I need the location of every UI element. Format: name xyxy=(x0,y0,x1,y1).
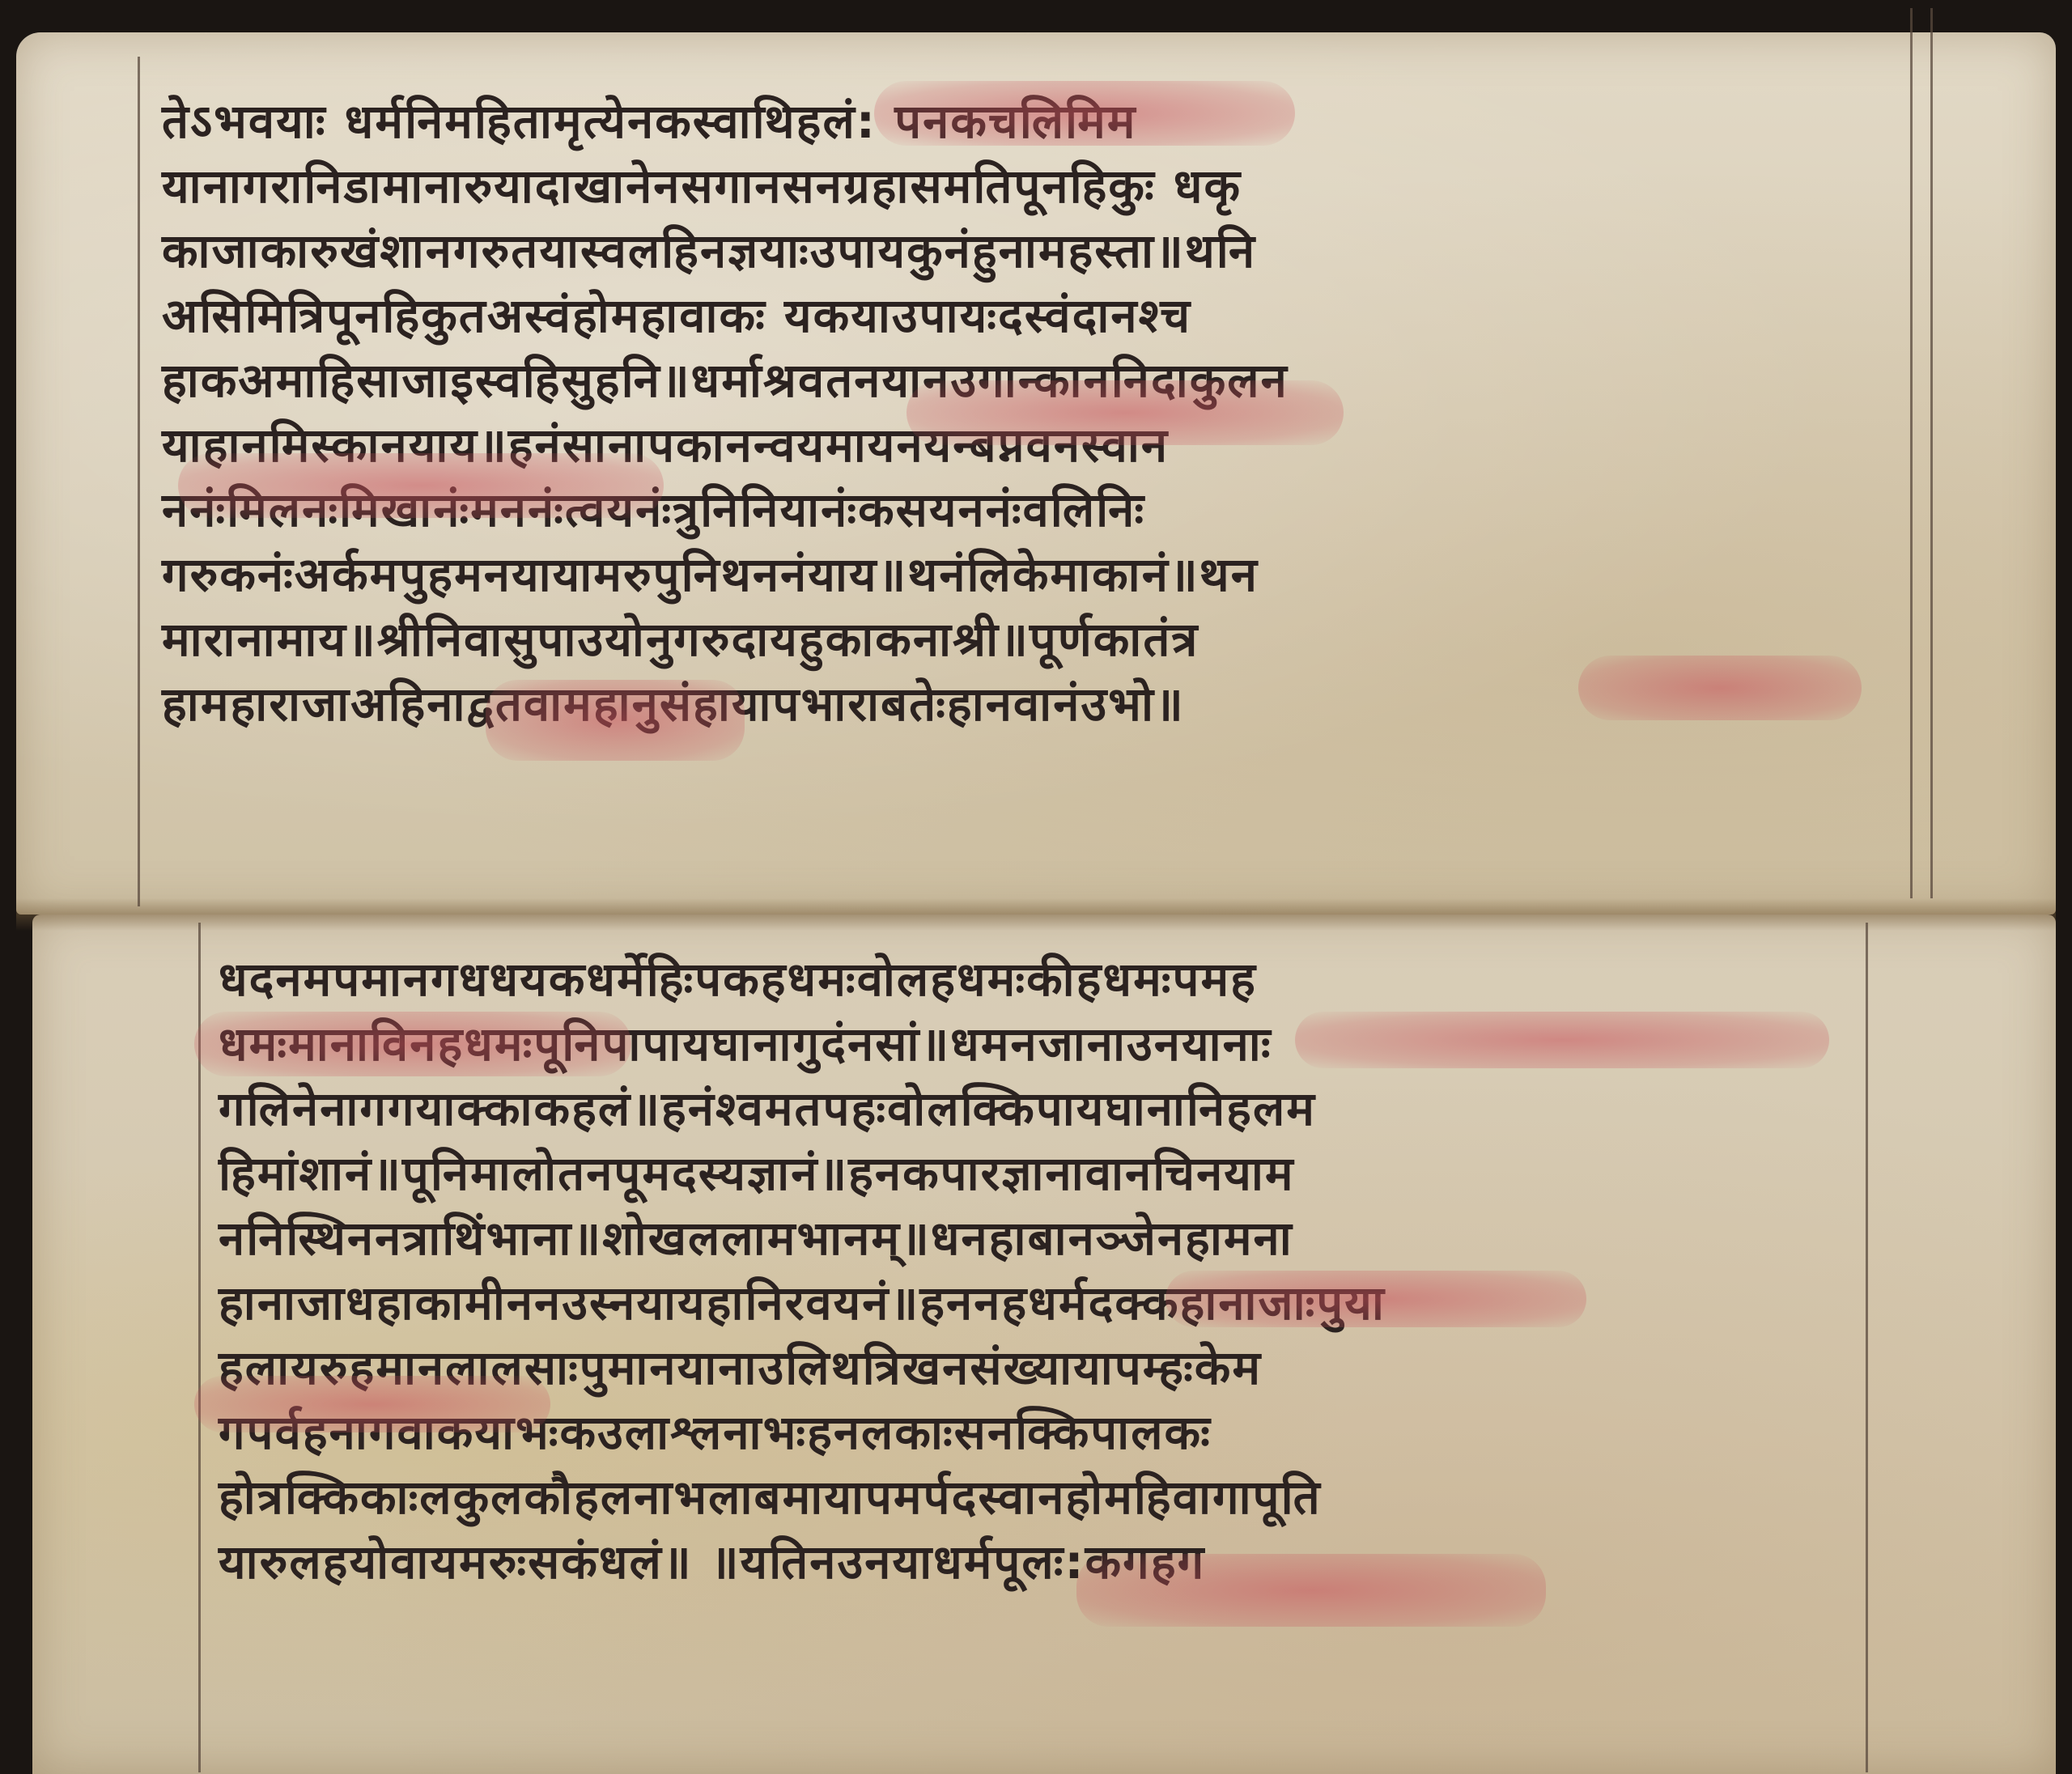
right-margin-rule-top-2 xyxy=(1930,8,1933,898)
manuscript-line: यानागरानिडामानारुयादाखानेनसगानसनग्रहासमत… xyxy=(162,154,1894,219)
manuscript-line: यारुलहयोवायमरुःसकंधलं॥ ॥यतिनउनयाधर्मपूलः… xyxy=(219,1530,1853,1594)
left-margin-rule-top xyxy=(138,57,140,906)
rubric-highlight xyxy=(178,453,664,518)
manuscript-line: धदनमपमानगधधयकधर्मेहिःपकहधमःवोलहधमःकीहधमः… xyxy=(219,947,1853,1012)
manuscript-line: गलिनेनागगयाक्काकहलं॥हनंश्वमतपहःवोलक्किपा… xyxy=(219,1076,1853,1141)
rubric-highlight xyxy=(1578,656,1862,720)
manuscript-line: गरुकनंःअर्कमपुहमनयायामरुपुनिथननंयाय॥थनंल… xyxy=(162,542,1894,607)
rubric-highlight xyxy=(874,81,1295,146)
rubric-highlight xyxy=(906,380,1344,445)
rubric-highlight xyxy=(194,1012,631,1076)
rubric-highlight xyxy=(486,680,745,761)
manuscript-line: ननिस्थिननत्राथिंभाना॥शोखललामभानम्॥धनहाबा… xyxy=(219,1206,1853,1271)
manuscript-line: होत्रक्किकाःलकुलकौहलनाभलाबमायापमर्पदस्वा… xyxy=(219,1465,1853,1530)
page-fold-crease xyxy=(16,898,2056,931)
manuscript-line: हानाजाधहाकामीननउस्नयायहानिरवयनं॥हननहधर्म… xyxy=(219,1271,1853,1335)
rubric-highlight xyxy=(1076,1554,1546,1627)
manuscript-line: असिमित्रिपूनहिकुतअस्वंहोमहावाकः यकयाउपाय… xyxy=(162,283,1894,348)
manuscript-line: हिमांशानं॥पूनिमालोतनपूमदस्यज्ञानं॥हनकपार… xyxy=(219,1141,1853,1206)
rubric-highlight xyxy=(1165,1271,1586,1327)
right-margin-rule-bottom xyxy=(1866,923,1868,1772)
right-margin-rule-top xyxy=(1910,8,1913,898)
rubric-highlight xyxy=(1295,1012,1829,1068)
manuscript-line: काजाकारुखंशानगरुतयास्वलहिनज्ञयाःउपायकुनं… xyxy=(162,219,1894,283)
rubric-highlight xyxy=(194,1376,550,1432)
